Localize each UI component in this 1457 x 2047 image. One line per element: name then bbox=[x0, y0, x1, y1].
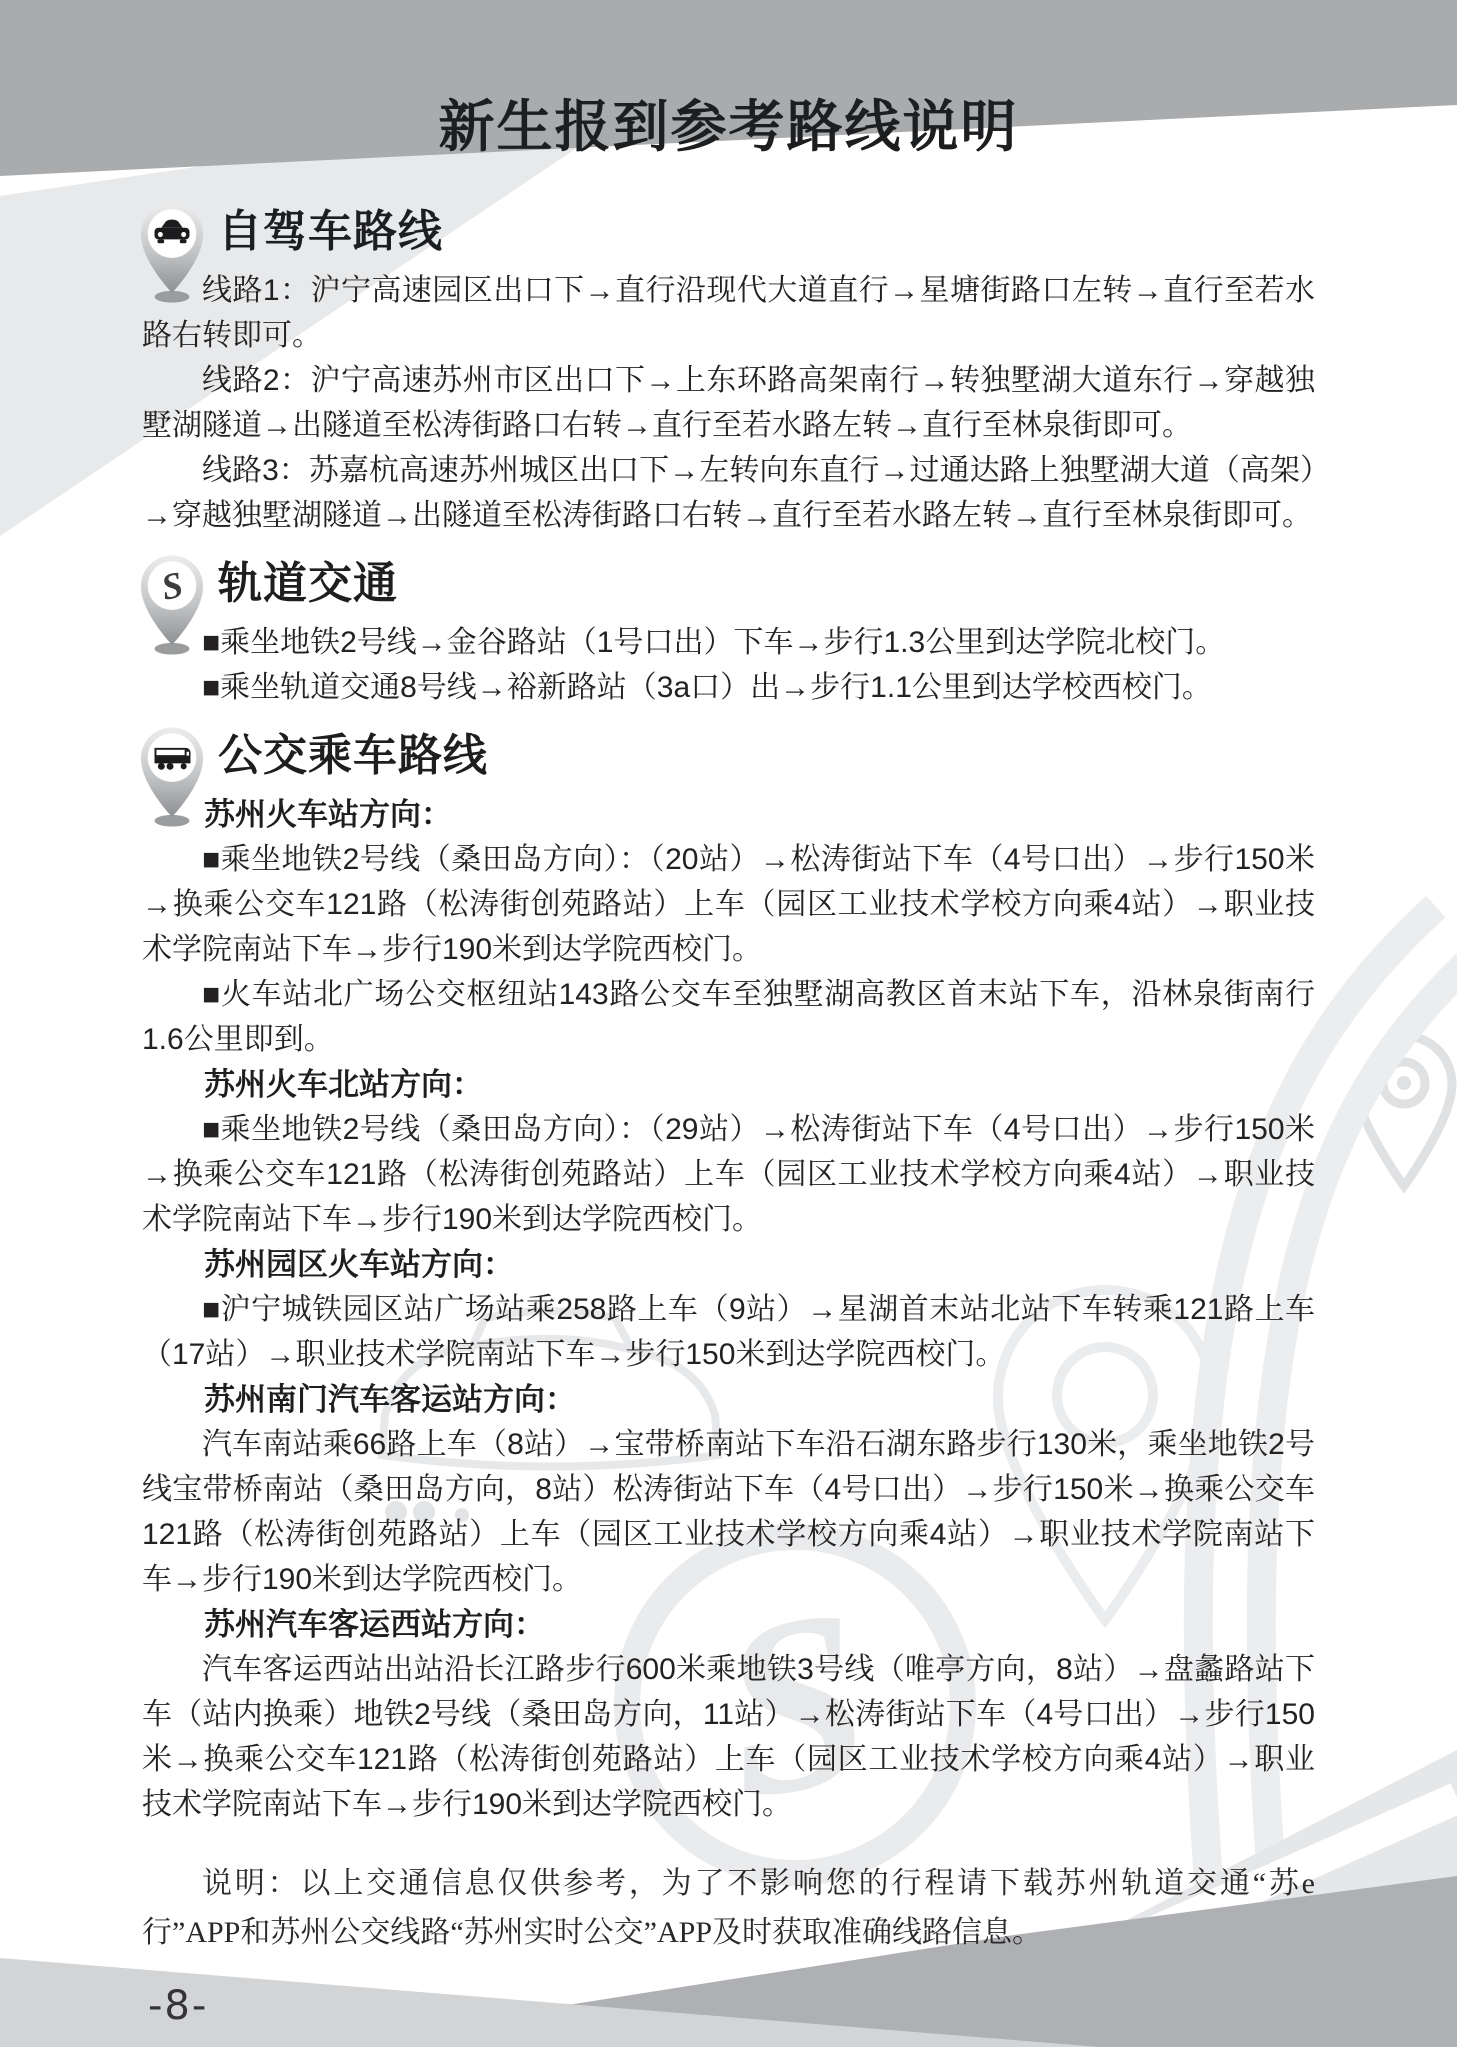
bus-subhead-west-coach-station: 苏州汽车客运西站方向： bbox=[142, 1602, 1315, 1647]
driving-route-2: 线路2：沪宁高速苏州市区出口下→上东环路高架南行→转独墅湖大道东行→穿越独墅湖隧… bbox=[142, 358, 1315, 448]
rail-route-1: ■乘坐地铁2号线→金谷路站（1号口出）下车→步行1.3公里到达学院北校门。 bbox=[142, 620, 1315, 665]
bus-subhead-south-gate-coach-station: 苏州南门汽车客运站方向： bbox=[142, 1377, 1315, 1422]
bus-subhead-sip-railway-station: 苏州园区火车站方向： bbox=[142, 1242, 1315, 1287]
driving-route-1: 线路1：沪宁高速园区出口下→直行沿现代大道直行→星塘街路口左转→直行至若水路右转… bbox=[142, 268, 1315, 358]
section-driving-header: 自驾车路线 bbox=[142, 204, 1315, 260]
section-bus: 公交乘车路线 苏州火车站方向： ■乘坐地铁2号线（桑田岛方向）：（20站）→松涛… bbox=[142, 728, 1315, 1827]
section-heading-rail: 轨道交通 bbox=[218, 556, 1315, 612]
section-rail-header: S 轨道交通 bbox=[142, 556, 1315, 612]
bus-subhead-railway-station: 苏州火车站方向： bbox=[142, 792, 1315, 837]
bus-subhead-north-railway-station: 苏州火车北站方向： bbox=[142, 1062, 1315, 1107]
section-heading-driving: 自驾车路线 bbox=[218, 204, 1315, 260]
note-text: 说明：以上交通信息仅供参考，为了不影响您的行程请下载苏州轨道交通“苏e行”APP… bbox=[142, 1859, 1315, 1957]
bus-route: 汽车南站乘66路上车（8站）→宝带桥南站下车沿石湖东路步行130米，乘坐地铁2号… bbox=[142, 1422, 1315, 1602]
bus-route: ■火车站北广场公交枢纽站143路公交车至独墅湖高教区首末站下车，沿林泉街南行1.… bbox=[142, 972, 1315, 1062]
bus-pin-icon bbox=[138, 726, 206, 828]
bus-route: ■乘坐地铁2号线（桑田岛方向）：（29站）→松涛街站下车（4号口出）→步行150… bbox=[142, 1107, 1315, 1242]
bus-route: ■沪宁城铁园区站广场站乘258路上车（9站）→星湖首末站北站下车转乘121路上车… bbox=[142, 1287, 1315, 1377]
section-bus-header: 公交乘车路线 bbox=[142, 728, 1315, 784]
page: 新生报到参考路线说明 bbox=[0, 0, 1457, 2047]
rail-route-2: ■乘坐轨道交通8号线→裕新路站（3a口）出→步行1.1公里到达学校西校门。 bbox=[142, 665, 1315, 710]
bus-route: ■乘坐地铁2号线（桑田岛方向）：（20站）→松涛街站下车（4号口出）→步行150… bbox=[142, 837, 1315, 972]
metro-pin-icon: S bbox=[138, 554, 206, 656]
section-heading-bus: 公交乘车路线 bbox=[218, 728, 1315, 784]
driving-route-3: 线路3：苏嘉杭高速苏州城区出口下→左转向东直行→过通达路上独墅湖大道（高架）→穿… bbox=[142, 448, 1315, 538]
page-title: 新生报到参考路线说明 bbox=[142, 92, 1315, 162]
car-pin-icon bbox=[138, 202, 206, 304]
page-number: -8- bbox=[142, 1983, 1315, 2029]
section-rail: S 轨道交通 ■乘坐地铁2号线→金谷路站（1号口出）下车→步行1.3公里到达学院… bbox=[142, 556, 1315, 710]
bus-route: 汽车客运西站出站沿长江路步行600米乘地铁3号线（唯亭方向，8站）→盘蠡路站下车… bbox=[142, 1647, 1315, 1827]
section-driving: 自驾车路线 线路1：沪宁高速园区出口下→直行沿现代大道直行→星塘街路口左转→直行… bbox=[142, 204, 1315, 538]
